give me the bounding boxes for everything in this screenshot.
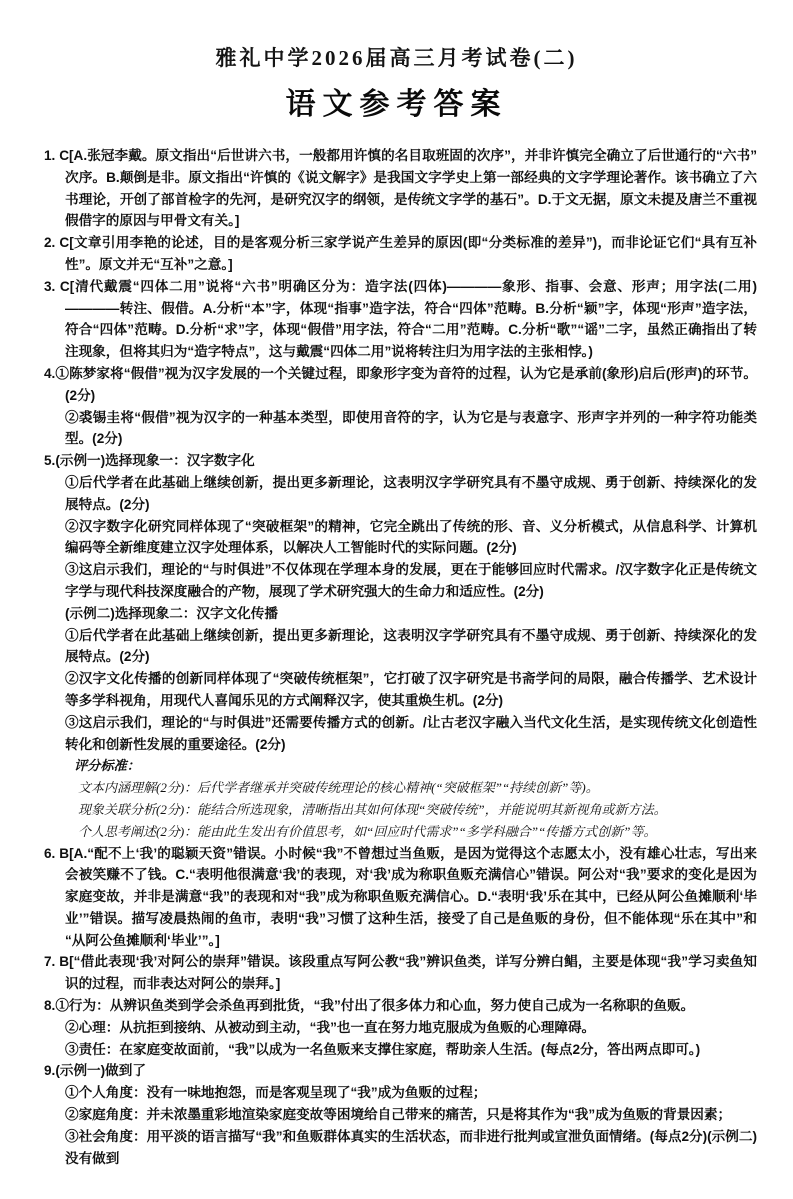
answer-paragraph: ②心理：从抗拒到接纳、从被动到主动，“我”也一直在努力地克服成为鱼贩的心理障碍。 bbox=[65, 1017, 757, 1039]
answer-paragraph: ③社会角度：用平淡的语言描写“我”和鱼贩群体真实的生活状态，而非进行批判或宣泄负… bbox=[65, 1126, 757, 1170]
answer-paragraph: (示例二)选择现象二：汉字文化传播 bbox=[65, 603, 757, 625]
answer-paragraph: ③责任：在家庭变故面前，“我”以成为一名鱼贩来支撑住家庭，帮助亲人生活。(每点2… bbox=[65, 1039, 757, 1061]
answer-paragraph: 3. C[清代戴震“四体二用”说将“六书”明确区分为：造字法(四体)————象形… bbox=[44, 276, 757, 363]
answer-paragraph: 5.(示例一)选择现象一：汉字数字化 bbox=[44, 450, 757, 472]
answer-paragraph: 9.(示例一)做到了 bbox=[44, 1060, 757, 1082]
answer-paragraph: 6. B[A.“配不上‘我’的聪颖天资”错误。小时候“我”不曾想过当鱼贩，是因为… bbox=[44, 843, 757, 952]
answer-paragraph: ①后代学者在此基础上继续创新，提出更多新理论，这表明汉字学研究具有不墨守成规、勇… bbox=[65, 625, 757, 669]
answer-paragraph: 7. B[“借此表现‘我’对阿公的崇拜”错误。该段重点写阿公教“我”辨识鱼类，详… bbox=[44, 951, 757, 995]
answer-sheet-page: 雅礼中学2026届高三月考试卷(二) 语文参考答案 1. C[A.张冠李戴。原文… bbox=[0, 0, 793, 1199]
answer-paragraph: 2. C[文章引用李艳的论述，目的是客观分析三家学说产生差异的原因(即“分类标准… bbox=[44, 232, 757, 276]
answer-paragraph: 评分标准： bbox=[74, 755, 757, 777]
answer-paragraph: 8.①行为：从辨识鱼类到学会杀鱼再到批货，“我”付出了很多体力和心血，努力使自己… bbox=[44, 995, 757, 1017]
answer-paragraph: ②裘锡圭将“假借”视为汉字的一种基本类型，即使用音符的字，认为它是与表意字、形声… bbox=[65, 407, 757, 451]
answer-paragraph: ①个人角度：没有一味地抱怨，而是客观呈现了“我”成为鱼贩的过程； bbox=[65, 1082, 757, 1104]
answer-paragraph: ③这启示我们，理论的“与时俱进”不仅体现在学理本身的发展，更在于能够回应时代需求… bbox=[65, 559, 757, 603]
page-title: 语文参考答案 bbox=[0, 79, 793, 123]
answer-paragraph: 现象关联分析(2分)：能结合所选现象，清晰指出其如何体现“突破传统”，并能说明其… bbox=[78, 799, 757, 821]
document-body: 1. C[A.张冠李戴。原文指出“后世讲六书，一般都用许慎的名目取班固的次序”，… bbox=[0, 123, 793, 1199]
answer-paragraph: ③这启示我们，理论的“与时俱进”还需要传播方式的创新。/让古老汉字融入当代文化生… bbox=[65, 712, 757, 756]
answer-paragraph: 4.①陈梦家将“假借”视为汉字发展的一个关键过程，即象形字变为音符的过程，认为它… bbox=[44, 363, 757, 407]
answer-paragraph: 1. C[A.张冠李戴。原文指出“后世讲六书，一般都用许慎的名目取班固的次序”，… bbox=[44, 145, 757, 232]
answer-paragraph: 个人思考阐述(2分)：能由此生发出有价值思考，如“回应时代需求”“多学科融合”“… bbox=[78, 821, 757, 843]
answer-paragraph: ②汉字数字化研究同样体现了“突破框架”的精神，它完全跳出了传统的形、音、义分析模… bbox=[65, 516, 757, 560]
answer-paragraph: ①后代学者在此基础上继续创新，提出更多新理论，这表明汉字学研究具有不墨守成规、勇… bbox=[65, 472, 757, 516]
document-header: 雅礼中学2026届高三月考试卷(二) 语文参考答案 bbox=[0, 42, 793, 123]
answer-paragraph: ②汉字文化传播的创新同样体现了“突破传统框架”，它打破了汉字研究是书斋学问的局限… bbox=[65, 668, 757, 712]
exam-title: 雅礼中学2026届高三月考试卷(二) bbox=[0, 42, 793, 72]
answer-paragraph: ②家庭角度：并未浓墨重彩地渲染家庭变故等困境给自己带来的痛苦，只是将其作为“我”… bbox=[65, 1104, 757, 1126]
answer-paragraph: 文本内涵理解(2分)：后代学者继承并突破传统理论的核心精神(“突破框架”“持续创… bbox=[78, 777, 757, 799]
